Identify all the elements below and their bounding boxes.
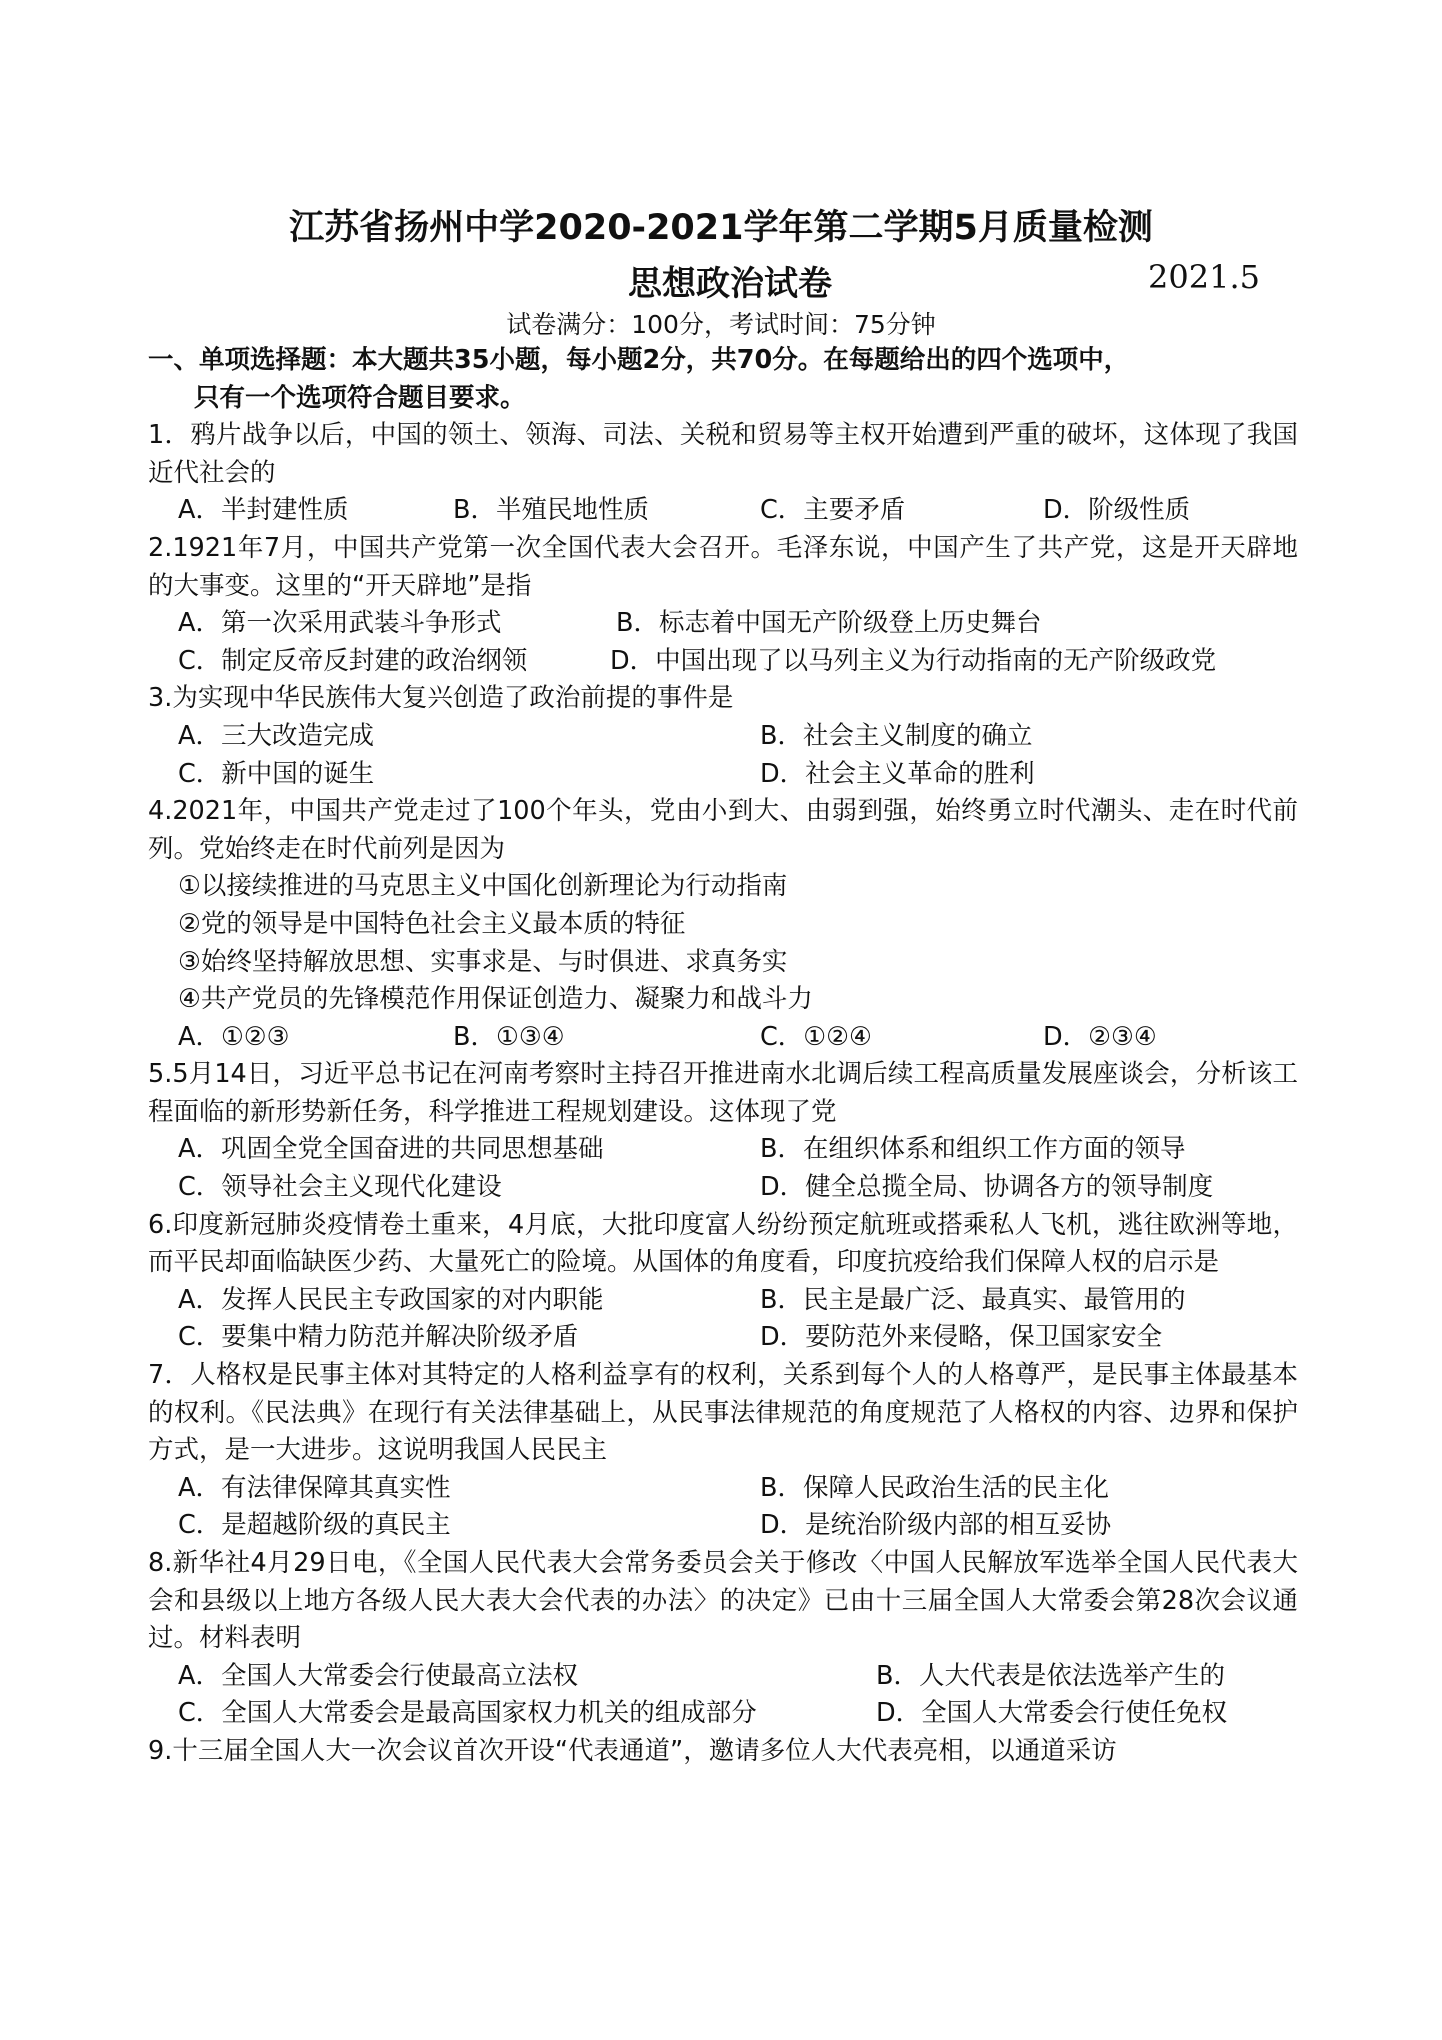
option-d: D．健全总揽全局、协调各方的领导制度 [760, 1169, 1213, 1207]
option-d: D．阶级性质 [1043, 492, 1190, 530]
section-heading-line2: 只有一个选项符合题目要求。 [148, 380, 1298, 418]
question-stem: 1．鸦片战争以后，中国的领土、领海、司法、关税和贸易等主权开始遭到严重的破坏，这… [148, 417, 1298, 492]
option-c: C．新中国的诞生 [178, 756, 374, 794]
options-row: A．有法律保障其真实性 B．保障人民政治生活的民主化 [148, 1470, 1298, 1508]
question-stem: 5.5月14日，习近平总书记在河南考察时主持召开推进南水北调后续工程高质量发展座… [148, 1056, 1298, 1131]
statement-2: ②党的领导是中国特色社会主义最本质的特征 [148, 906, 1298, 944]
option-a: A．①②③ [178, 1019, 290, 1057]
option-d: D．要防范外来侵略，保卫国家安全 [760, 1319, 1162, 1357]
exam-title: 江苏省扬州中学2020-2021学年第二学期5月质量检测 [0, 200, 1442, 250]
question-2: 2.1921年7月，中国共产党第一次全国代表大会召开。毛泽东说，中国产生了共产党… [148, 530, 1298, 680]
options-row: A．半封建性质 B．半殖民地性质 C．主要矛盾 D．阶级性质 [148, 492, 1298, 530]
options-row: C．新中国的诞生 D．社会主义革命的胜利 [148, 756, 1298, 794]
options-row: C．领导社会主义现代化建设 D．健全总揽全局、协调各方的领导制度 [148, 1169, 1298, 1207]
question-stem: 3.为实现中华民族伟大复兴创造了政治前提的事件是 [148, 680, 1298, 718]
statement-3: ③始终坚持解放思想、实事求是、与时俱进、求真务实 [148, 944, 1298, 982]
options-row: C．要集中精力防范并解决阶级矛盾 D．要防范外来侵略，保卫国家安全 [148, 1319, 1298, 1357]
question-stem: 4.2021年，中国共产党走过了100个年头，党由小到大、由弱到强，始终勇立时代… [148, 793, 1298, 868]
option-c: C．要集中精力防范并解决阶级矛盾 [178, 1319, 578, 1357]
options-row: A．①②③ B．①③④ C．①②④ D．②③④ [148, 1019, 1298, 1057]
exam-page: 江苏省扬州中学2020-2021学年第二学期5月质量检测 思想政治试卷 2021… [0, 0, 1442, 2040]
option-c: C．全国人大常委会是最高国家权力机关的组成部分 [178, 1695, 757, 1733]
option-d: D．是统治阶级内部的相互妥协 [760, 1507, 1111, 1545]
option-b: B．人大代表是依法选举产生的 [876, 1658, 1225, 1696]
statement-1: ①以接续推进的马克思主义中国化创新理论为行动指南 [148, 868, 1298, 906]
question-6: 6.印度新冠肺炎疫情卷土重来，4月底，大批印度富人纷纷预定航班或搭乘私人飞机，逃… [148, 1207, 1298, 1357]
question-stem: 2.1921年7月，中国共产党第一次全国代表大会召开。毛泽东说，中国产生了共产党… [148, 530, 1298, 605]
question-stem: 8.新华社4月29日电，《全国人民代表大会常务委员会关于修改〈中国人民解放军选举… [148, 1545, 1298, 1658]
option-a: A．第一次采用武装斗争形式 [178, 605, 501, 643]
question-stem: 9.十三届全国人大一次会议首次开设“代表通道”，邀请多位人大代表亮相，以通道采访 [148, 1733, 1298, 1771]
option-c: C．主要矛盾 [760, 492, 905, 530]
option-b: B．①③④ [453, 1019, 565, 1057]
exam-subject-title: 思想政治试卷 [628, 256, 832, 305]
option-b: B．在组织体系和组织工作方面的领导 [760, 1131, 1186, 1169]
exam-body: 一、单项选择题：本大题共35小题，每小题2分，共70分。在每题给出的四个选项中，… [148, 342, 1298, 1771]
question-5: 5.5月14日，习近平总书记在河南考察时主持召开推进南水北调后续工程高质量发展座… [148, 1056, 1298, 1206]
options-row: C．制定反帝反封建的政治纲领 D．中国出现了以马列主义为行动指南的无产阶级政党 [148, 643, 1298, 681]
option-c: C．制定反帝反封建的政治纲领 [178, 643, 527, 681]
options-row: A．发挥人民民主专政国家的对内职能 B．民主是最广泛、最真实、最管用的 [148, 1282, 1298, 1320]
options-row: C．是超越阶级的真民主 D．是统治阶级内部的相互妥协 [148, 1507, 1298, 1545]
statement-4: ④共产党员的先锋模范作用保证创造力、凝聚力和战斗力 [148, 981, 1298, 1019]
section-heading: 一、单项选择题：本大题共35小题，每小题2分，共70分。在每题给出的四个选项中，… [148, 342, 1298, 417]
option-b: B．半殖民地性质 [453, 492, 649, 530]
option-c: C．①②④ [760, 1019, 872, 1057]
exam-date: 2021.5 [1148, 258, 1260, 296]
option-b: B．标志着中国无产阶级登上历史舞台 [616, 605, 1042, 643]
option-c: C．领导社会主义现代化建设 [178, 1169, 502, 1207]
option-a: A．全国人大常委会行使最高立法权 [178, 1658, 578, 1696]
question-stem: 6.印度新冠肺炎疫情卷土重来，4月底，大批印度富人纷纷预定航班或搭乘私人飞机，逃… [148, 1207, 1298, 1282]
option-c: C．是超越阶级的真民主 [178, 1507, 451, 1545]
question-8: 8.新华社4月29日电，《全国人民代表大会常务委员会关于修改〈中国人民解放军选举… [148, 1545, 1298, 1733]
question-4: 4.2021年，中国共产党走过了100个年头，党由小到大、由弱到强，始终勇立时代… [148, 793, 1298, 1056]
option-b: B．社会主义制度的确立 [760, 718, 1033, 756]
question-9: 9.十三届全国人大一次会议首次开设“代表通道”，邀请多位人大代表亮相，以通道采访 [148, 1733, 1298, 1771]
exam-info: 试卷满分：100分，考试时间：75分钟 [0, 305, 1442, 341]
option-d: D．全国人大常委会行使任免权 [876, 1695, 1227, 1733]
option-d: D．②③④ [1043, 1019, 1157, 1057]
options-row: A．巩固全党全国奋进的共同思想基础 B．在组织体系和组织工作方面的领导 [148, 1131, 1298, 1169]
options-row: A．全国人大常委会行使最高立法权 B．人大代表是依法选举产生的 [148, 1658, 1298, 1696]
option-b: B．保障人民政治生活的民主化 [760, 1470, 1109, 1508]
option-a: A．半封建性质 [178, 492, 348, 530]
option-a: A．巩固全党全国奋进的共同思想基础 [178, 1131, 603, 1169]
options-row: A．第一次采用武装斗争形式 B．标志着中国无产阶级登上历史舞台 [148, 605, 1298, 643]
section-heading-line1: 一、单项选择题：本大题共35小题，每小题2分，共70分。在每题给出的四个选项中， [148, 345, 1129, 375]
option-a: A．三大改造完成 [178, 718, 374, 756]
option-a: A．有法律保障其真实性 [178, 1470, 450, 1508]
options-row: C．全国人大常委会是最高国家权力机关的组成部分 D．全国人大常委会行使任免权 [148, 1695, 1298, 1733]
option-b: B．民主是最广泛、最真实、最管用的 [760, 1282, 1186, 1320]
question-7: 7．人格权是民事主体对其特定的人格利益享有的权利，关系到每个人的人格尊严，是民事… [148, 1357, 1298, 1545]
question-1: 1．鸦片战争以后，中国的领土、领海、司法、关税和贸易等主权开始遭到严重的破坏，这… [148, 417, 1298, 530]
option-d: D．中国出现了以马列主义为行动指南的无产阶级政党 [610, 643, 1216, 681]
question-stem: 7．人格权是民事主体对其特定的人格利益享有的权利，关系到每个人的人格尊严，是民事… [148, 1357, 1298, 1470]
question-3: 3.为实现中华民族伟大复兴创造了政治前提的事件是 A．三大改造完成 B．社会主义… [148, 680, 1298, 793]
option-d: D．社会主义革命的胜利 [760, 756, 1035, 794]
option-a: A．发挥人民民主专政国家的对内职能 [178, 1282, 603, 1320]
options-row: A．三大改造完成 B．社会主义制度的确立 [148, 718, 1298, 756]
